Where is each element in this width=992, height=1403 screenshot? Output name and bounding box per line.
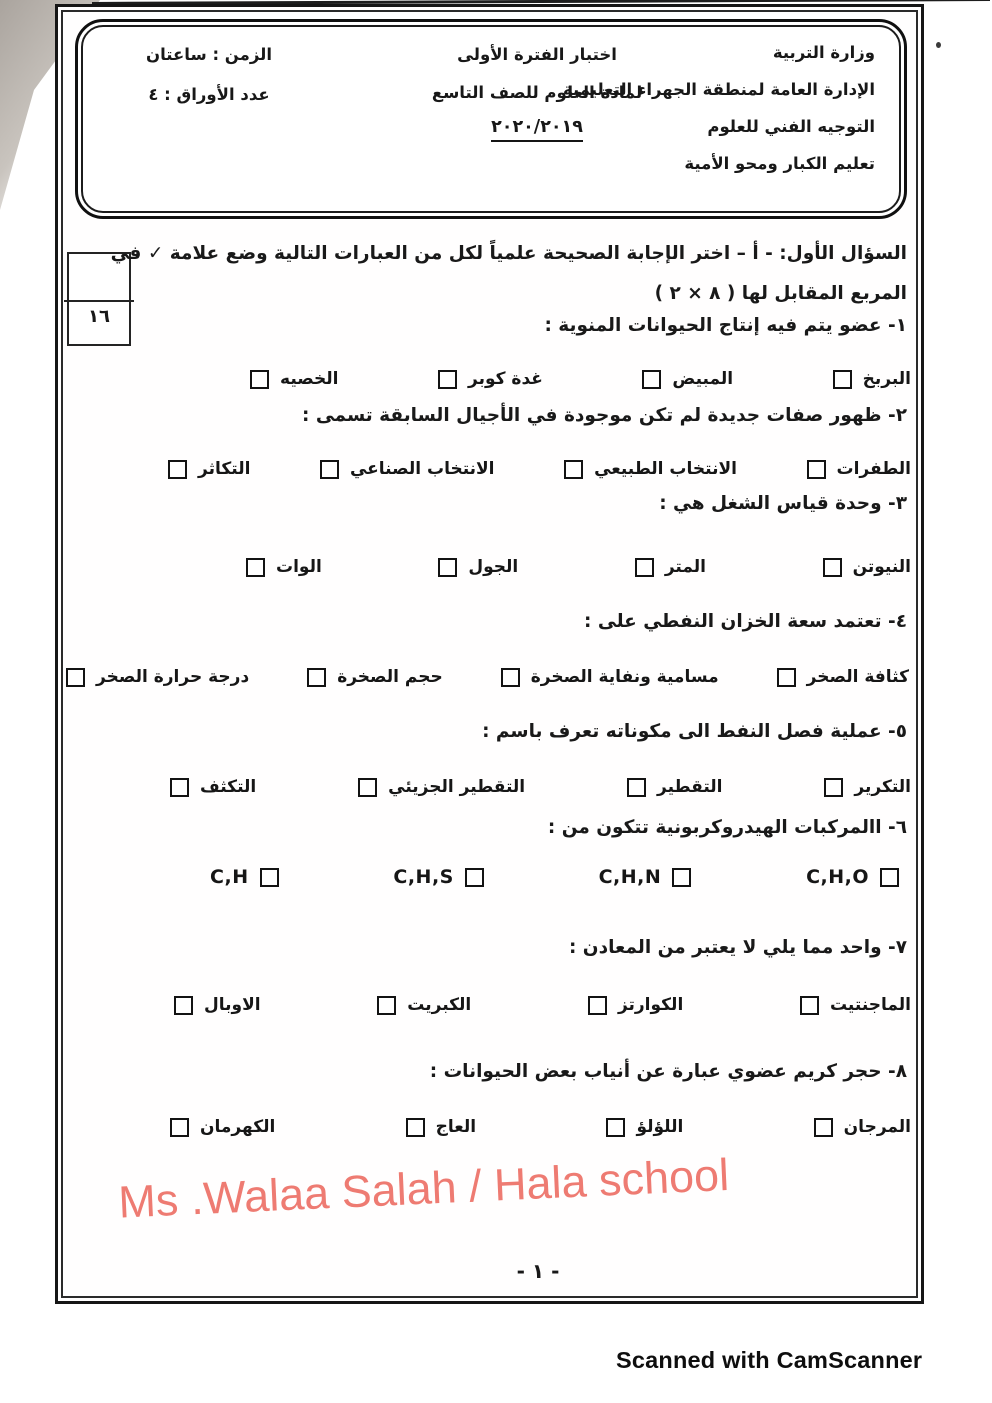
option-label: درجة حرارة الصخر [96, 667, 249, 687]
score-box-divider [64, 300, 134, 302]
option-label: الخصيه [280, 369, 338, 389]
option-label: التكرير [854, 777, 911, 797]
option: الجول [438, 557, 518, 577]
question-1-options: البربخ المبيض غدة كوبر الخصيه [250, 365, 911, 393]
option-label: C,H,O [806, 866, 869, 888]
option: غدة كوبر [438, 369, 543, 389]
option-label: العاج [436, 1117, 476, 1137]
checkbox[interactable] [168, 460, 187, 479]
option: C,H,S [393, 866, 483, 888]
option: المرجان [814, 1117, 911, 1137]
option: التقطير [627, 777, 722, 797]
exam-paper-page: وزارة التربية الإدارة العامة لمنطقة الجه… [55, 4, 924, 1304]
checkbox[interactable] [170, 778, 189, 797]
header-exam-column: اختبار الفترة الأولى لمادة العلوم للصف ا… [409, 45, 665, 142]
option-label: الانتخاب الصناعي [350, 459, 495, 479]
option: الكبريت [377, 995, 471, 1015]
option: الكهرمان [170, 1117, 275, 1137]
option: المتر [635, 557, 706, 577]
option: التكثف [170, 777, 256, 797]
checkbox[interactable] [800, 996, 819, 1015]
checkbox[interactable] [307, 668, 326, 687]
option-label: الوات [276, 557, 322, 577]
checkbox[interactable] [250, 370, 269, 389]
checkbox[interactable] [320, 460, 339, 479]
option-label: حجم الصخرة [337, 667, 443, 687]
question-3-text: ٣- وحدة قياس الشغل هي : [659, 493, 907, 514]
option: C,H,O [806, 866, 899, 888]
question-2-text: ٢- ظهور صفات جديدة لم تكن موجودة في الأج… [302, 405, 907, 426]
checkbox[interactable] [823, 558, 842, 577]
checkbox[interactable] [635, 558, 654, 577]
option-label: اللؤلؤ [636, 1117, 683, 1137]
option: الانتخاب الطبيعي [564, 459, 737, 479]
option-label: كثافة الصخر [807, 667, 909, 687]
question-3-options: النيوتن المتر الجول الوات [246, 553, 911, 581]
option-label: المتر [665, 557, 706, 577]
option-label: C,H [210, 866, 249, 888]
option: المبيض [642, 369, 733, 389]
question1-intro-line1: السؤال الأول: - أ – اختر الإجابة الصحيحة… [111, 243, 907, 264]
option-label: المبيض [672, 369, 733, 389]
option-label: C,H,N [599, 866, 662, 888]
question-6-text: ٦- االمركبات الهيدروكربونية تتكون من : [548, 817, 907, 838]
checkbox[interactable] [358, 778, 377, 797]
option-label: التقطير الجزيئي [388, 777, 525, 797]
checkbox[interactable] [807, 460, 826, 479]
checkbox[interactable] [260, 868, 279, 887]
option: التكرير [824, 777, 911, 797]
option: C,H,N [599, 866, 692, 888]
checkbox[interactable] [606, 1118, 625, 1137]
option: درجة حرارة الصخر [66, 667, 249, 687]
option: النيوتن [823, 557, 911, 577]
checkbox[interactable] [777, 668, 796, 687]
option: الوات [246, 557, 322, 577]
question-2-options: الطفرات الانتخاب الطبيعي الانتخاب الصناع… [168, 455, 911, 483]
option-label: النيوتن [853, 557, 911, 577]
option-label: الطفرات [837, 459, 912, 479]
school-year: ٢٠٢٠/٢٠١٩ [491, 117, 583, 142]
option: العاج [406, 1117, 476, 1137]
question-5-options: التكرير التقطير التقطير الجزيئي التكثف [170, 773, 911, 801]
total-marks: ١٦ [69, 306, 129, 327]
question-7-text: ٧- واحد مما يلي لا يعتبر من المعادن : [569, 937, 907, 958]
option: التكاثر [168, 459, 250, 479]
subject-line: لمادة العلوم للصف التاسع [409, 83, 665, 102]
question-4-options: كثافة الصخر مسامية ونفاية الصخرة حجم الص… [66, 663, 909, 691]
option-label: التقطير [657, 777, 722, 797]
ink-dot [936, 42, 941, 48]
option-label: الكوارتز [618, 995, 683, 1015]
question-8-text: ٨- حجر كريم عضوي عبارة عن أنياب بعض الحي… [430, 1061, 907, 1082]
exam-title: اختبار الفترة الأولى [409, 45, 665, 64]
adult-education-line: تعليم الكبار ومحو الأمية [563, 154, 875, 173]
option: اللؤلؤ [606, 1117, 683, 1137]
option-label: الجول [468, 557, 518, 577]
page-number: - ١ - [458, 1259, 618, 1283]
option-label: الاوبال [204, 995, 261, 1015]
option-label: المرجان [844, 1117, 911, 1137]
option: مسامية ونفاية الصخرة [501, 667, 719, 687]
checkbox[interactable] [824, 778, 843, 797]
checkbox[interactable] [833, 370, 852, 389]
checkbox[interactable] [406, 1118, 425, 1137]
option: حجم الصخرة [307, 667, 443, 687]
checkbox[interactable] [627, 778, 646, 797]
checkbox[interactable] [880, 868, 899, 887]
option-label: C,H,S [393, 866, 453, 888]
checkbox[interactable] [814, 1118, 833, 1137]
score-box: ١٦ [67, 252, 131, 346]
sheet-count: عدد الأوراق : ٤ [109, 85, 309, 104]
question-4-text: ٤- تعتمد سعة الخزان النفطي على : [584, 611, 907, 632]
option-label: الانتخاب الطبيعي [594, 459, 737, 479]
option-label: الكهرمان [200, 1117, 275, 1137]
option-label: غدة كوبر [468, 369, 543, 389]
checkbox[interactable] [588, 996, 607, 1015]
checkbox[interactable] [377, 996, 396, 1015]
exam-duration: الزمن : ساعتان [109, 45, 309, 64]
camscanner-footer: Scanned with CamScanner [616, 1347, 922, 1374]
option: التقطير الجزيئي [358, 777, 525, 797]
option: C,H [210, 866, 279, 888]
question-7-options: الماجنتيت الكوارتز الكبريت الاوبال [174, 991, 911, 1019]
option: الانتخاب الصناعي [320, 459, 495, 479]
checkbox[interactable] [672, 868, 691, 887]
option: الكوارتز [588, 995, 683, 1015]
checkbox[interactable] [66, 668, 85, 687]
question-1-text: ١- عضو يتم فيه إنتاج الحيوانات المنوية : [544, 315, 907, 336]
checkbox[interactable] [501, 668, 520, 687]
checkbox[interactable] [438, 370, 457, 389]
checkbox[interactable] [174, 996, 193, 1015]
question-5-text: ٥- عملية فصل النفط الى مكوناته تعرف باسم… [482, 721, 907, 742]
checkbox[interactable] [170, 1118, 189, 1137]
question-8-options: المرجان اللؤلؤ العاج الكهرمان [170, 1113, 911, 1141]
question-6-options: C,H,O C,H,N C,H,S C,H [210, 863, 899, 891]
header-meta-column: الزمن : ساعتان عدد الأوراق : ٤ [109, 45, 309, 125]
checkbox[interactable] [465, 868, 484, 887]
option: الخصيه [250, 369, 338, 389]
option: الاوبال [174, 995, 261, 1015]
exam-header-box: وزارة التربية الإدارة العامة لمنطقة الجه… [75, 19, 907, 219]
option-label: مسامية ونفاية الصخرة [531, 667, 719, 687]
option: البربخ [833, 369, 911, 389]
option-label: التكثف [200, 777, 256, 797]
checkbox[interactable] [564, 460, 583, 479]
checkbox[interactable] [246, 558, 265, 577]
option: الماجنتيت [800, 995, 911, 1015]
checkbox[interactable] [642, 370, 661, 389]
option-label: الكبريت [407, 995, 471, 1015]
option: الطفرات [807, 459, 912, 479]
option-label: الماجنتيت [830, 995, 911, 1015]
question1-intro-line2: المربع المقابل لها ( ٨ × ٢ ) [655, 283, 907, 304]
option-label: البربخ [863, 369, 911, 389]
checkbox[interactable] [438, 558, 457, 577]
option: كثافة الصخر [777, 667, 909, 687]
exam-header-inner-frame: وزارة التربية الإدارة العامة لمنطقة الجه… [81, 25, 901, 213]
option-label: التكاثر [198, 459, 250, 479]
